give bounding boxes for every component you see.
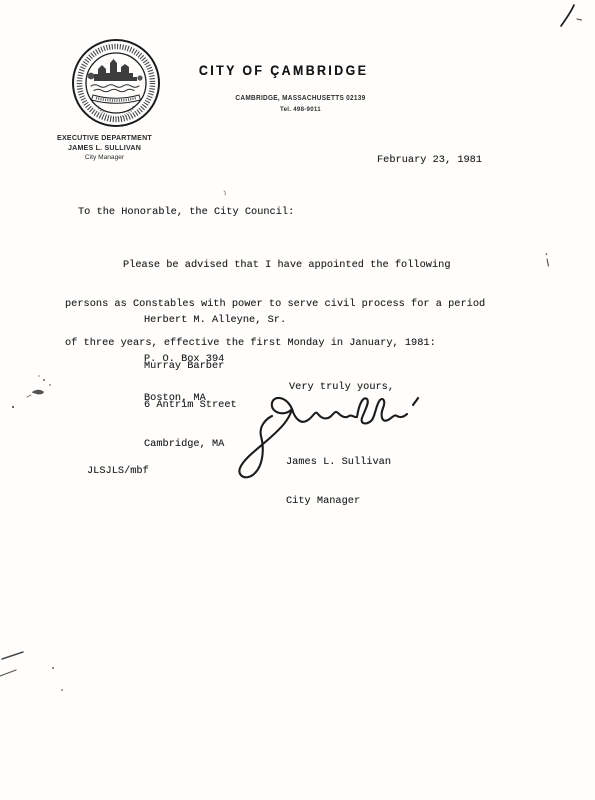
appointee-city: Cambridge, MA [144, 438, 237, 451]
letterhead-address: CAMBRIDGE, MASSACHUSETTS 02139 [228, 95, 374, 102]
sender-title: City Manager [39, 153, 170, 163]
sender-name: JAMES L. SULLIVAN [39, 144, 170, 154]
body-line: Please be advised that I have appointed … [65, 259, 485, 272]
reference-initials: JLSJLS/mbf [87, 465, 149, 478]
appointee-address: 6 Antrim Street [144, 399, 237, 412]
letterhead-title: CITY OF ÇAMBRIDGE [199, 63, 403, 78]
letter-date: February 23, 1981 [377, 154, 482, 167]
salutation: To the Honorable, the City Council: [78, 206, 294, 219]
sender-department: EXECUTIVE DEPARTMENT [39, 134, 170, 144]
scanned-letter-page: CITY OF ÇAMBRIDGE CAMBRIDGE, MASSACHUSET… [0, 0, 595, 800]
letterhead-phone: Tel. 498-9011 [228, 106, 374, 113]
appointee-block: Murray Barber 6 Antrim Street Cambridge,… [144, 334, 237, 477]
signer-title: City Manager [286, 495, 391, 508]
seal-ring-microtext [80, 47, 153, 120]
sender-block: EXECUTIVE DEPARTMENT JAMES L. SULLIVAN C… [39, 134, 170, 163]
seal-water-lines-icon [91, 85, 139, 92]
appointee-name: Murray Barber [144, 360, 237, 373]
appointee-name: Herbert M. Alleyne, Sr. [144, 314, 286, 327]
signature-block: James L. Sullivan City Manager [286, 430, 391, 534]
city-of-cambridge-seal [71, 38, 161, 128]
seal-skyline-icon [88, 59, 143, 81]
signer-name: James L. Sullivan [286, 456, 391, 469]
handwritten-page-mark [550, 2, 584, 32]
